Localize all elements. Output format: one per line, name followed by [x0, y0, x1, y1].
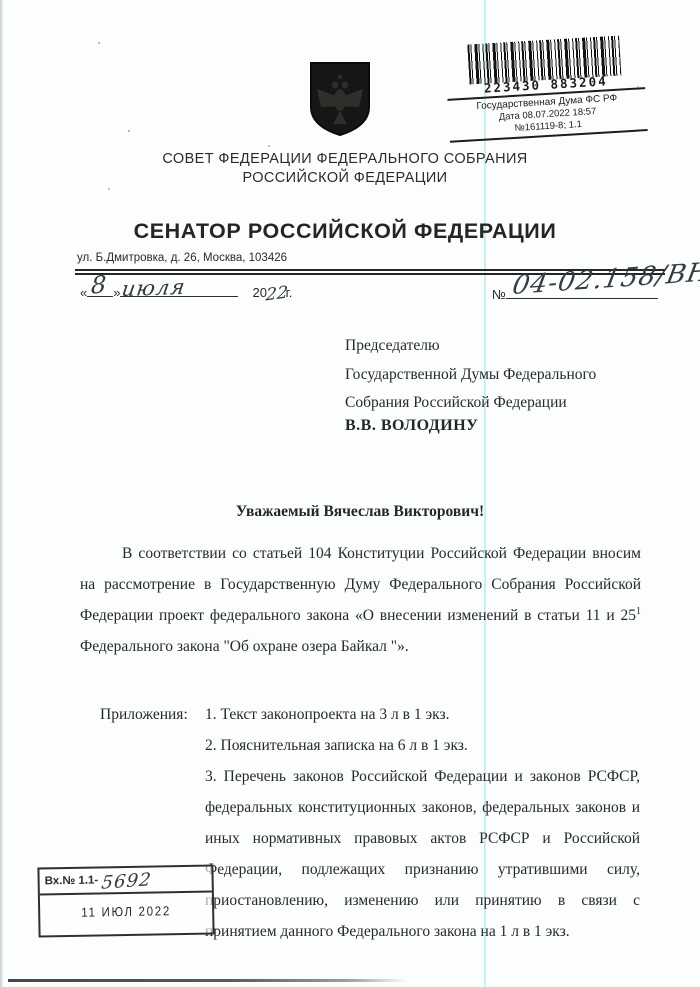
- addressee-name: В.В. ВОЛОДИНУ: [345, 417, 478, 435]
- incoming-stamp-number-row: Вх.№ 1.1- 5692: [39, 867, 211, 896]
- attachment-item-1: 1. Текст законопроекта на 3 л в 1 экз.: [205, 699, 640, 730]
- date-close-quote: »: [113, 285, 120, 300]
- sender-title: СЕНАТОР РОССИЙСКОЙ ФЕДЕРАЦИИ: [60, 219, 630, 244]
- org-name-line1: СОВЕТ ФЕДЕРАЦИИ ФЕДЕРАЛЬНОГО СОБРАНИЯ: [60, 150, 630, 169]
- org-name-line2: РОССИЙСКОЙ ФЕДЕРАЦИИ: [60, 169, 630, 188]
- addressee-line2: Государственной Думы Федерального: [345, 361, 596, 390]
- handwritten-outgoing-number: 04-02.158/ВН: [510, 257, 700, 301]
- scan-artifact-bottom-line: [8, 979, 408, 982]
- number-label: №: [492, 287, 506, 302]
- superscript-footnote-mark: 1: [636, 606, 641, 617]
- attachment-item-2: 2. Пояснительная записка на 6 л в 1 экз.: [205, 730, 640, 761]
- date-month-slot: июля: [120, 281, 238, 297]
- outgoing-number-field: №04-02.158/ВН: [492, 283, 658, 302]
- scan-noise-specks: [0, 0, 2, 2]
- addressee-block: Председателю Государственной Думы Федера…: [345, 332, 596, 418]
- attachments-list: 1. Текст законопроекта на 3 л в 1 экз. 2…: [205, 699, 640, 947]
- scan-edge-left: [0, 0, 4, 987]
- scanned-letter-page: 223430 883204 Государственная Дума ФС РФ…: [0, 0, 700, 987]
- handwritten-year: 22: [265, 283, 288, 306]
- handwritten-day: 8: [91, 270, 107, 299]
- handwritten-incoming-number: 5692: [100, 869, 152, 893]
- coat-of-arms-icon: [308, 60, 372, 138]
- body-text-after-superscript: Федерального закона "Об охране озера Бай…: [80, 638, 409, 655]
- handwritten-month: июля: [121, 275, 188, 301]
- incoming-number-label: Вх.№ 1.1-: [45, 874, 99, 887]
- date-open-quote: «: [80, 285, 87, 300]
- addressee-line3: Собрания Российской Федерации: [345, 389, 596, 418]
- number-slot: 04-02.158/ВН: [506, 283, 658, 299]
- body-text-before-superscript: В соответствии со статьей 104 Конституци…: [80, 545, 641, 624]
- salutation: Уважаемый Вячеслав Викторович!: [80, 503, 640, 521]
- addressee-line1: Председателю: [345, 332, 596, 361]
- date-day-slot: 8: [87, 281, 113, 297]
- attachment-item-3: 3. Перечень законов Российской Федерации…: [205, 761, 640, 947]
- incoming-stamp: Вх.№ 1.1- 5692 11 ИЮЛ 2022: [37, 864, 214, 937]
- org-name: СОВЕТ ФЕДЕРАЦИИ ФЕДЕРАЛЬНОГО СОБРАНИЯ РО…: [60, 150, 630, 188]
- body-paragraph: В соответствии со статьей 104 Конституци…: [80, 538, 641, 662]
- date-field: «8»июля2022г.: [80, 281, 292, 304]
- sender-address: ул. Б.Дмитровка, д. 26, Москва, 103426: [77, 252, 287, 264]
- duma-registration-sticker: 223430 883204 Государственная Дума ФС РФ…: [444, 34, 647, 143]
- incoming-stamp-date: 11 ИЮЛ 2022: [50, 903, 202, 921]
